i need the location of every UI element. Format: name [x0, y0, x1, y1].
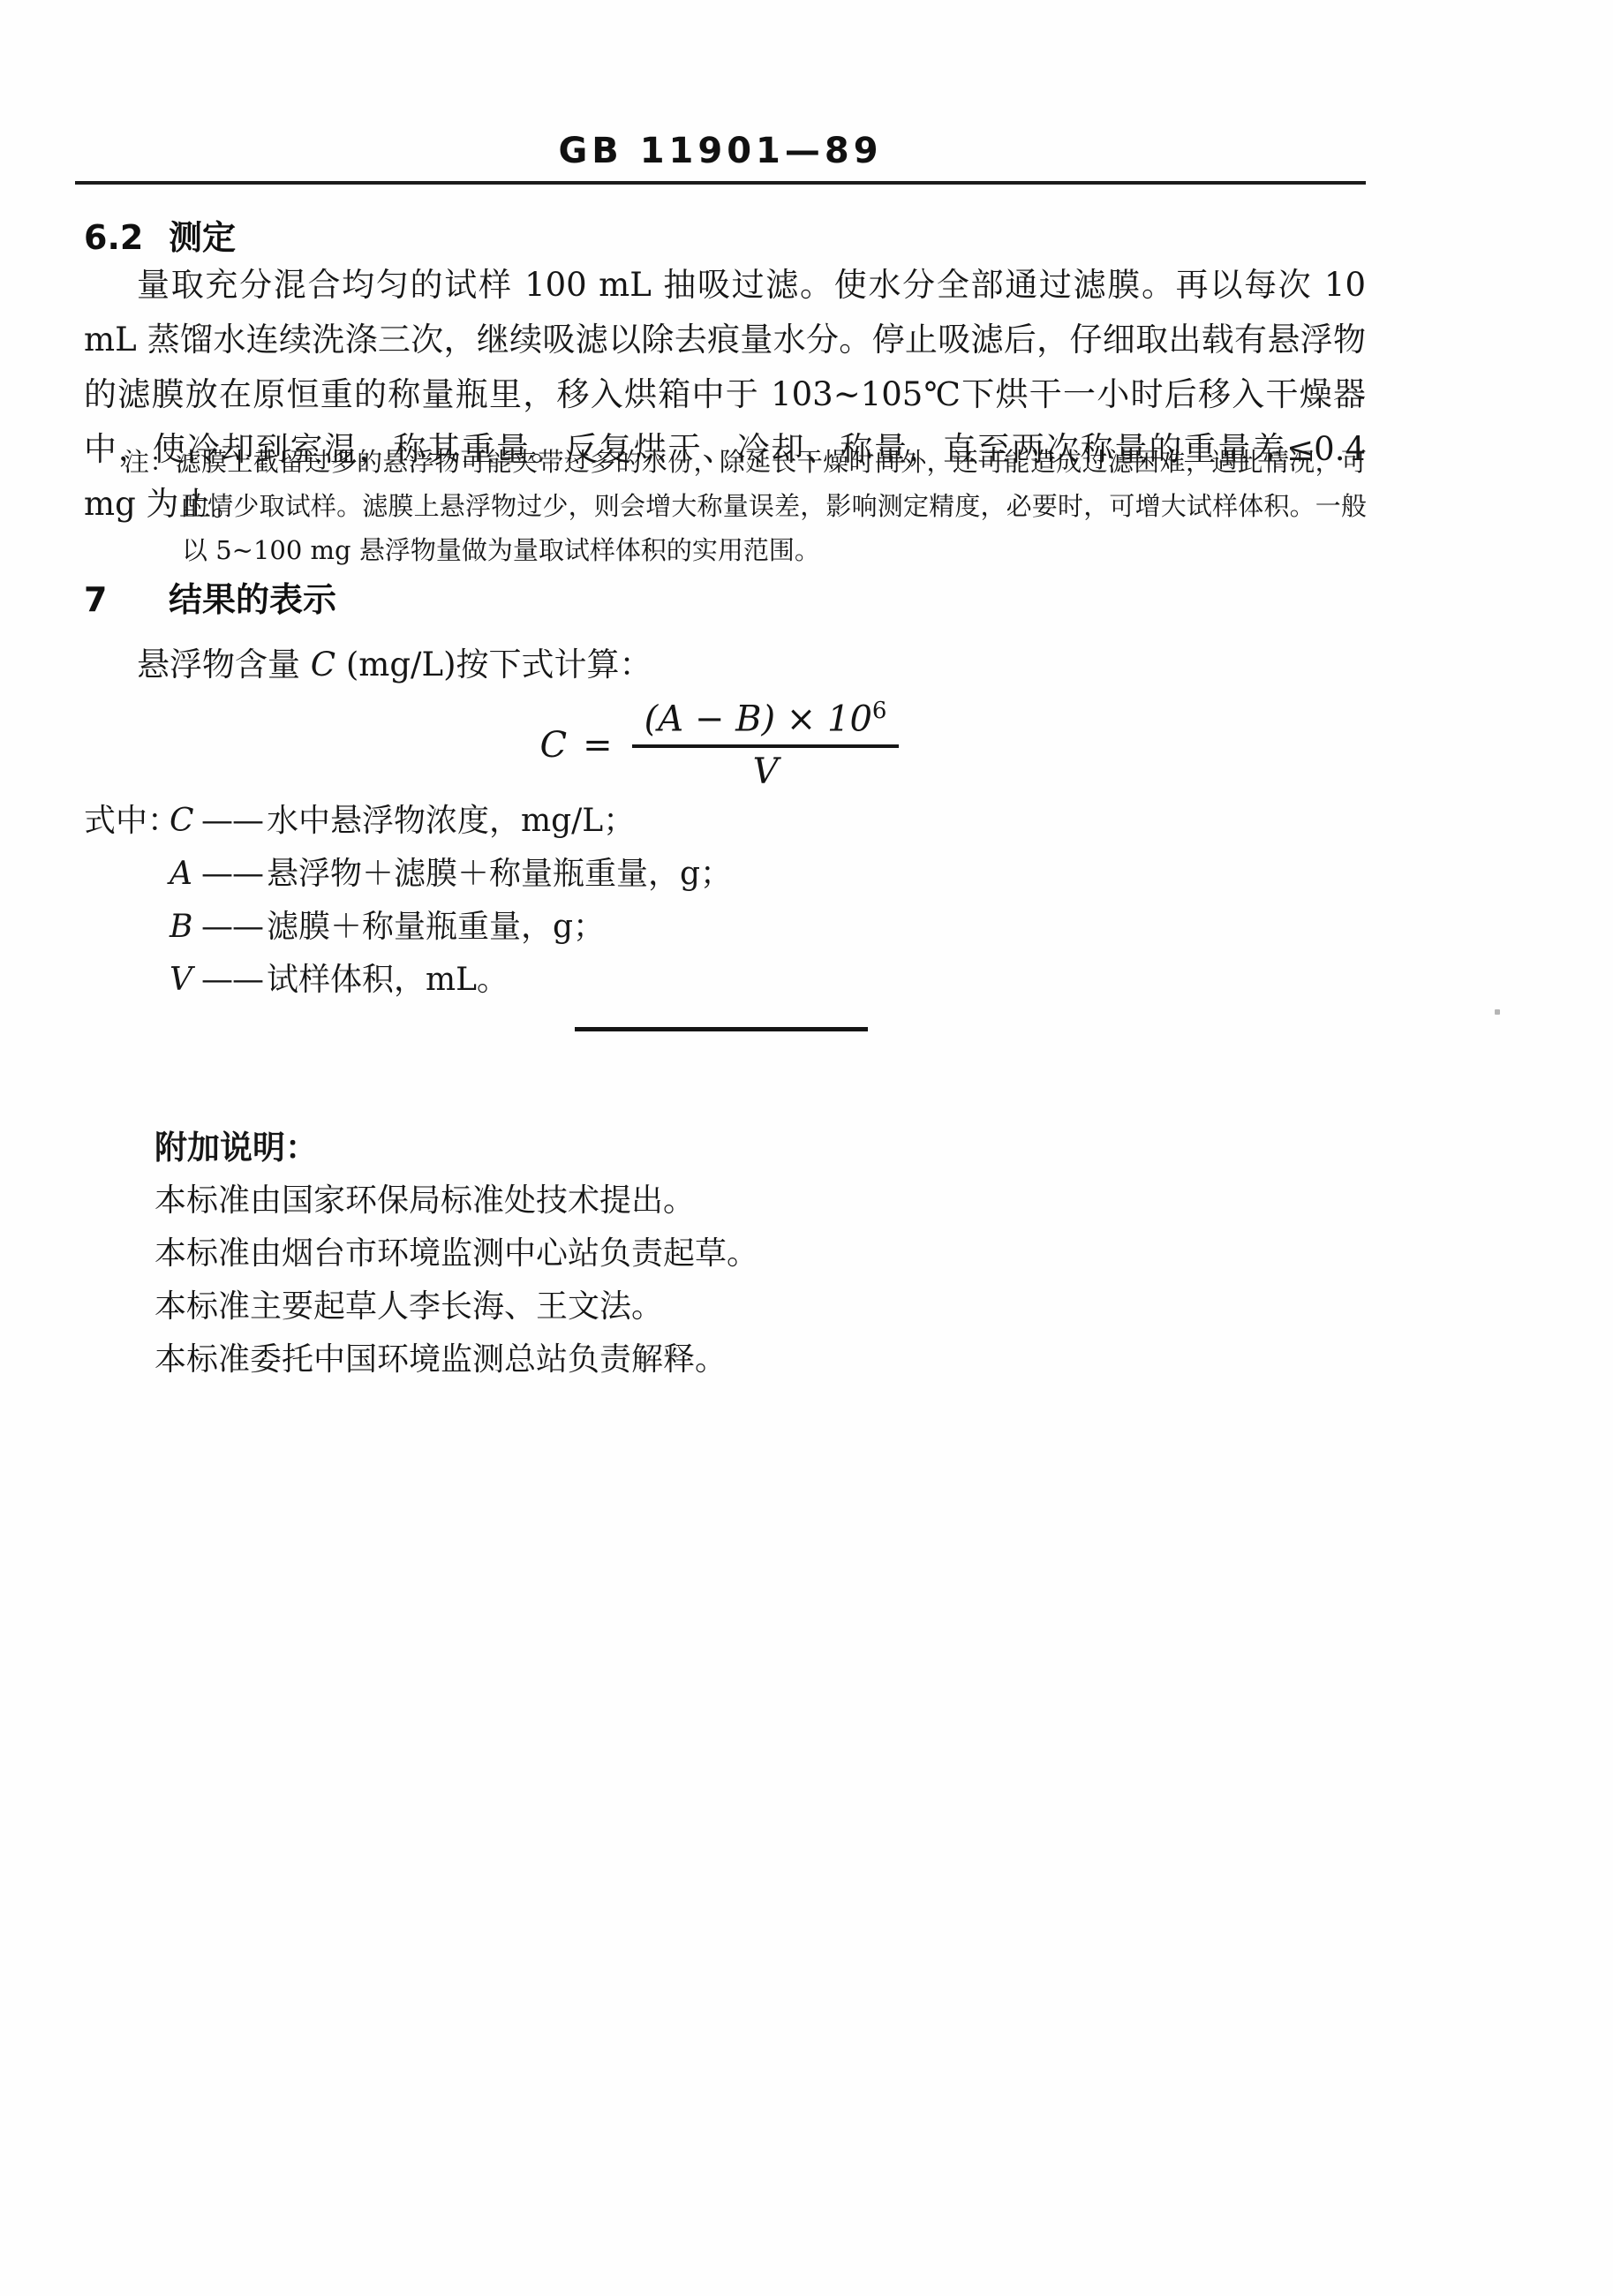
- note-label: 注：: [124, 447, 176, 477]
- term-desc-a: 悬浮物＋滤膜＋称量瓶重量，g；: [267, 856, 732, 892]
- addendum-line-4: 本标准委托中国环境监测总站负责解释。: [155, 1333, 758, 1386]
- section-6-2-note: 注：滤膜上截留过多的悬浮物可能夹带过多的水份，除延长干燥时间外，还可能造成过滤困…: [124, 440, 1367, 572]
- addendum-title: 附加说明：: [155, 1122, 758, 1174]
- formula-numerator: (A − B) × 106: [632, 698, 900, 748]
- addendum-line-2: 本标准由烟台市环境监测中心站负责起草。: [155, 1227, 758, 1280]
- note-text: 滤膜上截留过多的悬浮物可能夹带过多的水份，除延长干燥时间外，还可能造成过滤困难，…: [176, 447, 1367, 565]
- term-row-v: V——试样体积，mL。: [84, 954, 967, 1007]
- term-desc-v: 试样体积，mL。: [267, 962, 509, 998]
- term-dash: ——: [201, 962, 263, 998]
- term-dash: ——: [201, 856, 263, 892]
- term-row-c: 式中： C——水中悬浮物浓度，mg/L；: [84, 795, 967, 848]
- formula-intro-post: (mg/L)按下式计算：: [335, 646, 652, 684]
- term-symbol-a: A: [170, 848, 201, 901]
- formula-lhs: C: [540, 725, 568, 766]
- formula-intro-pre: 悬浮物含量: [137, 646, 311, 684]
- page-header: GB 11901—89: [75, 131, 1366, 171]
- scanned-standard-page: GB 11901—89 6.2测定 量取充分混合均匀的试样 100 mL 抽吸过…: [0, 0, 1613, 2296]
- section-7-number: 7: [84, 580, 169, 619]
- term-desc-b: 滤膜＋称量瓶重量，g；: [267, 909, 605, 945]
- term-symbol-v: V: [170, 954, 201, 1007]
- end-of-text-divider: [575, 1027, 868, 1031]
- formula-exponent: 6: [872, 698, 887, 724]
- formula-intro: 悬浮物含量 C (mg/L)按下式计算：: [137, 638, 652, 685]
- term-row-a: A——悬浮物＋滤膜＋称量瓶重量，g；: [84, 848, 967, 901]
- standard-code: GB 11901—89: [558, 131, 882, 171]
- formula-equals: =: [583, 725, 613, 766]
- section-7-heading: 7结果的表示: [84, 572, 336, 621]
- section-6-2-title: 测定: [169, 218, 236, 257]
- formula-intro-variable: C: [311, 646, 335, 684]
- term-symbol-b: B: [170, 901, 201, 954]
- scan-speck-artifact: [1495, 1009, 1500, 1015]
- section-6-2-number: 6.2: [84, 218, 169, 257]
- term-desc-c: 水中悬浮物浓度，mg/L；: [267, 803, 635, 839]
- term-dash: ——: [201, 909, 263, 945]
- formula-block: C = (A − B) × 106 V: [75, 698, 1364, 792]
- terms-label: 式中：: [84, 795, 179, 848]
- addendum-line-3: 本标准主要起草人李长海、王文法。: [155, 1280, 758, 1333]
- header-rule: [75, 181, 1366, 185]
- term-row-b: B——滤膜＋称量瓶重量，g；: [84, 901, 967, 954]
- formula-terms: 式中： C——水中悬浮物浓度，mg/L； A——悬浮物＋滤膜＋称量瓶重量，g； …: [84, 795, 967, 1007]
- addendum-line-1: 本标准由国家环保局标准处技术提出。: [155, 1174, 758, 1227]
- addendum-block: 附加说明： 本标准由国家环保局标准处技术提出。 本标准由烟台市环境监测中心站负责…: [155, 1122, 758, 1386]
- formula-denominator: V: [632, 748, 900, 792]
- section-7-title: 结果的表示: [169, 580, 336, 619]
- section-6-2-heading: 6.2测定: [84, 210, 236, 259]
- term-dash: ——: [201, 803, 263, 839]
- formula-fraction: (A − B) × 106 V: [632, 698, 900, 792]
